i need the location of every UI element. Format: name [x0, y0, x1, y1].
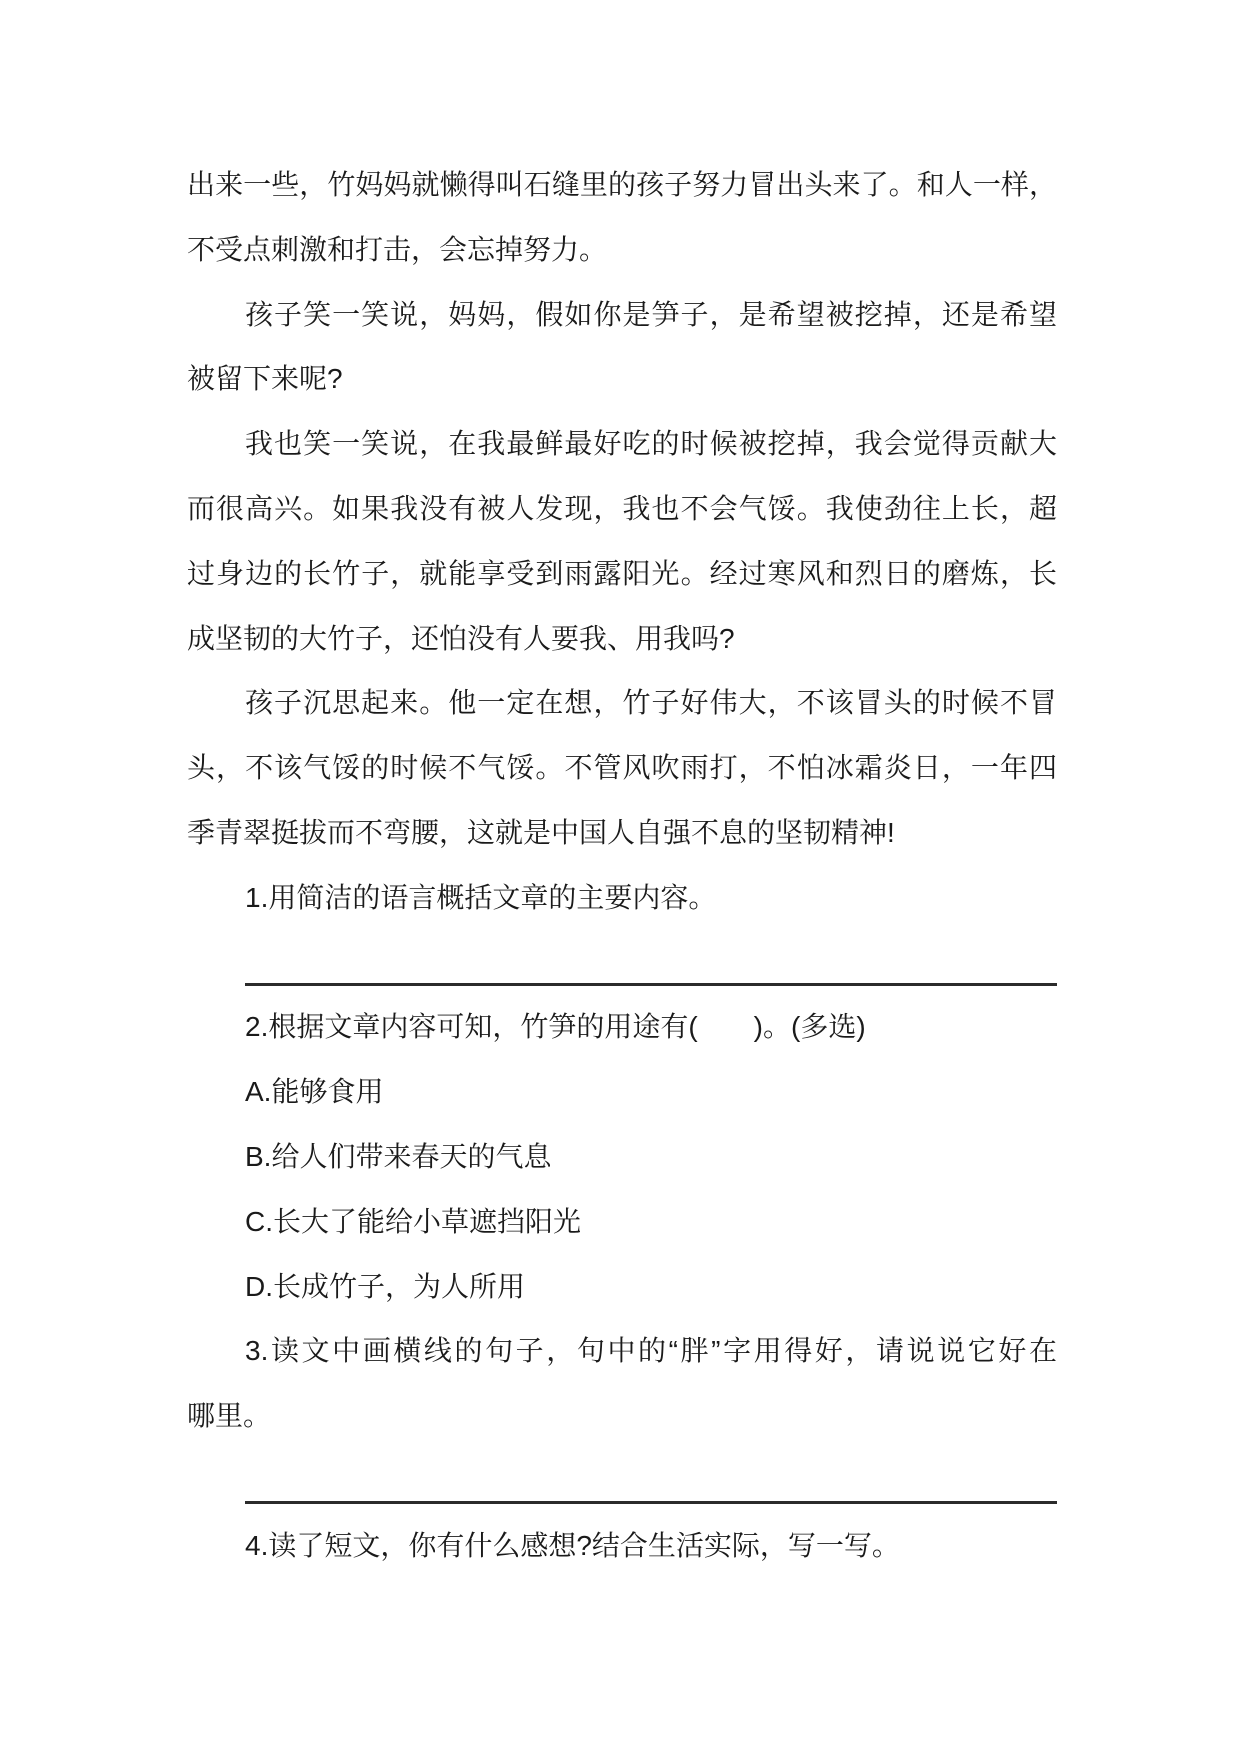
answer-rule-question-3 [187, 1449, 1057, 1514]
passage-line-3: 孩子笑一笑说，妈妈，假如你是笋子，是希望被挖掉，还是希望 [187, 283, 1057, 348]
passage-line-7: 过身边的长竹子，就能享受到雨露阳光。经过寒风和烈日的磨炼，长 [187, 542, 1057, 607]
question-2: 2.根据文章内容可知，竹笋的用途有( )。(多选) [187, 995, 1057, 1060]
text-block: 出来一些，竹妈妈就懒得叫石缝里的孩子努力冒出头来了。和人一样，不受点刺激和打击，… [187, 153, 1057, 1579]
passage-line-10: 头，不该气馁的时候不气馁。不管风吹雨打，不怕冰霜炎日，一年四 [187, 736, 1057, 801]
worksheet-page: 出来一些，竹妈妈就懒得叫石缝里的孩子努力冒出头来了。和人一样，不受点刺激和打击，… [0, 0, 1241, 1754]
question-3-continued: 哪里。 [187, 1384, 1057, 1449]
option-a: A.能够食用 [187, 1060, 1057, 1125]
passage-line-8: 成坚韧的大竹子，还怕没有人要我、用我吗? [187, 607, 1057, 672]
option-c: C.长大了能给小草遮挡阳光 [187, 1190, 1057, 1255]
passage-line-6: 而很高兴。如果我没有被人发现，我也不会气馁。我使劲往上长，超 [187, 477, 1057, 542]
passage-line-5: 我也笑一笑说，在我最鲜最好吃的时候被挖掉，我会觉得贡献大 [187, 412, 1057, 477]
question-4: 4.读了短文，你有什么感想?结合生活实际，写一写。 [187, 1514, 1057, 1579]
option-b: B.给人们带来春天的气息 [187, 1125, 1057, 1190]
question-1: 1.用简洁的语言概括文章的主要内容。 [187, 866, 1057, 931]
passage-line-11: 季青翠挺拔而不弯腰，这就是中国人自强不息的坚韧精神! [187, 801, 1057, 866]
answer-underline [245, 983, 1057, 986]
passage-line-9: 孩子沉思起来。他一定在想，竹子好伟大，不该冒头的时候不冒 [187, 671, 1057, 736]
question-3: 3.读文中画横线的句子，句中的“胖”字用得好，请说说它好在 [187, 1319, 1057, 1384]
passage-line-2: 不受点刺激和打击，会忘掉努力。 [187, 218, 1057, 283]
answer-rule-question-1 [187, 931, 1057, 996]
answer-underline [245, 1501, 1057, 1504]
passage-line-1: 出来一些，竹妈妈就懒得叫石缝里的孩子努力冒出头来了。和人一样， [187, 153, 1057, 218]
option-d: D.长成竹子，为人所用 [187, 1255, 1057, 1320]
passage-line-4: 被留下来呢? [187, 347, 1057, 412]
